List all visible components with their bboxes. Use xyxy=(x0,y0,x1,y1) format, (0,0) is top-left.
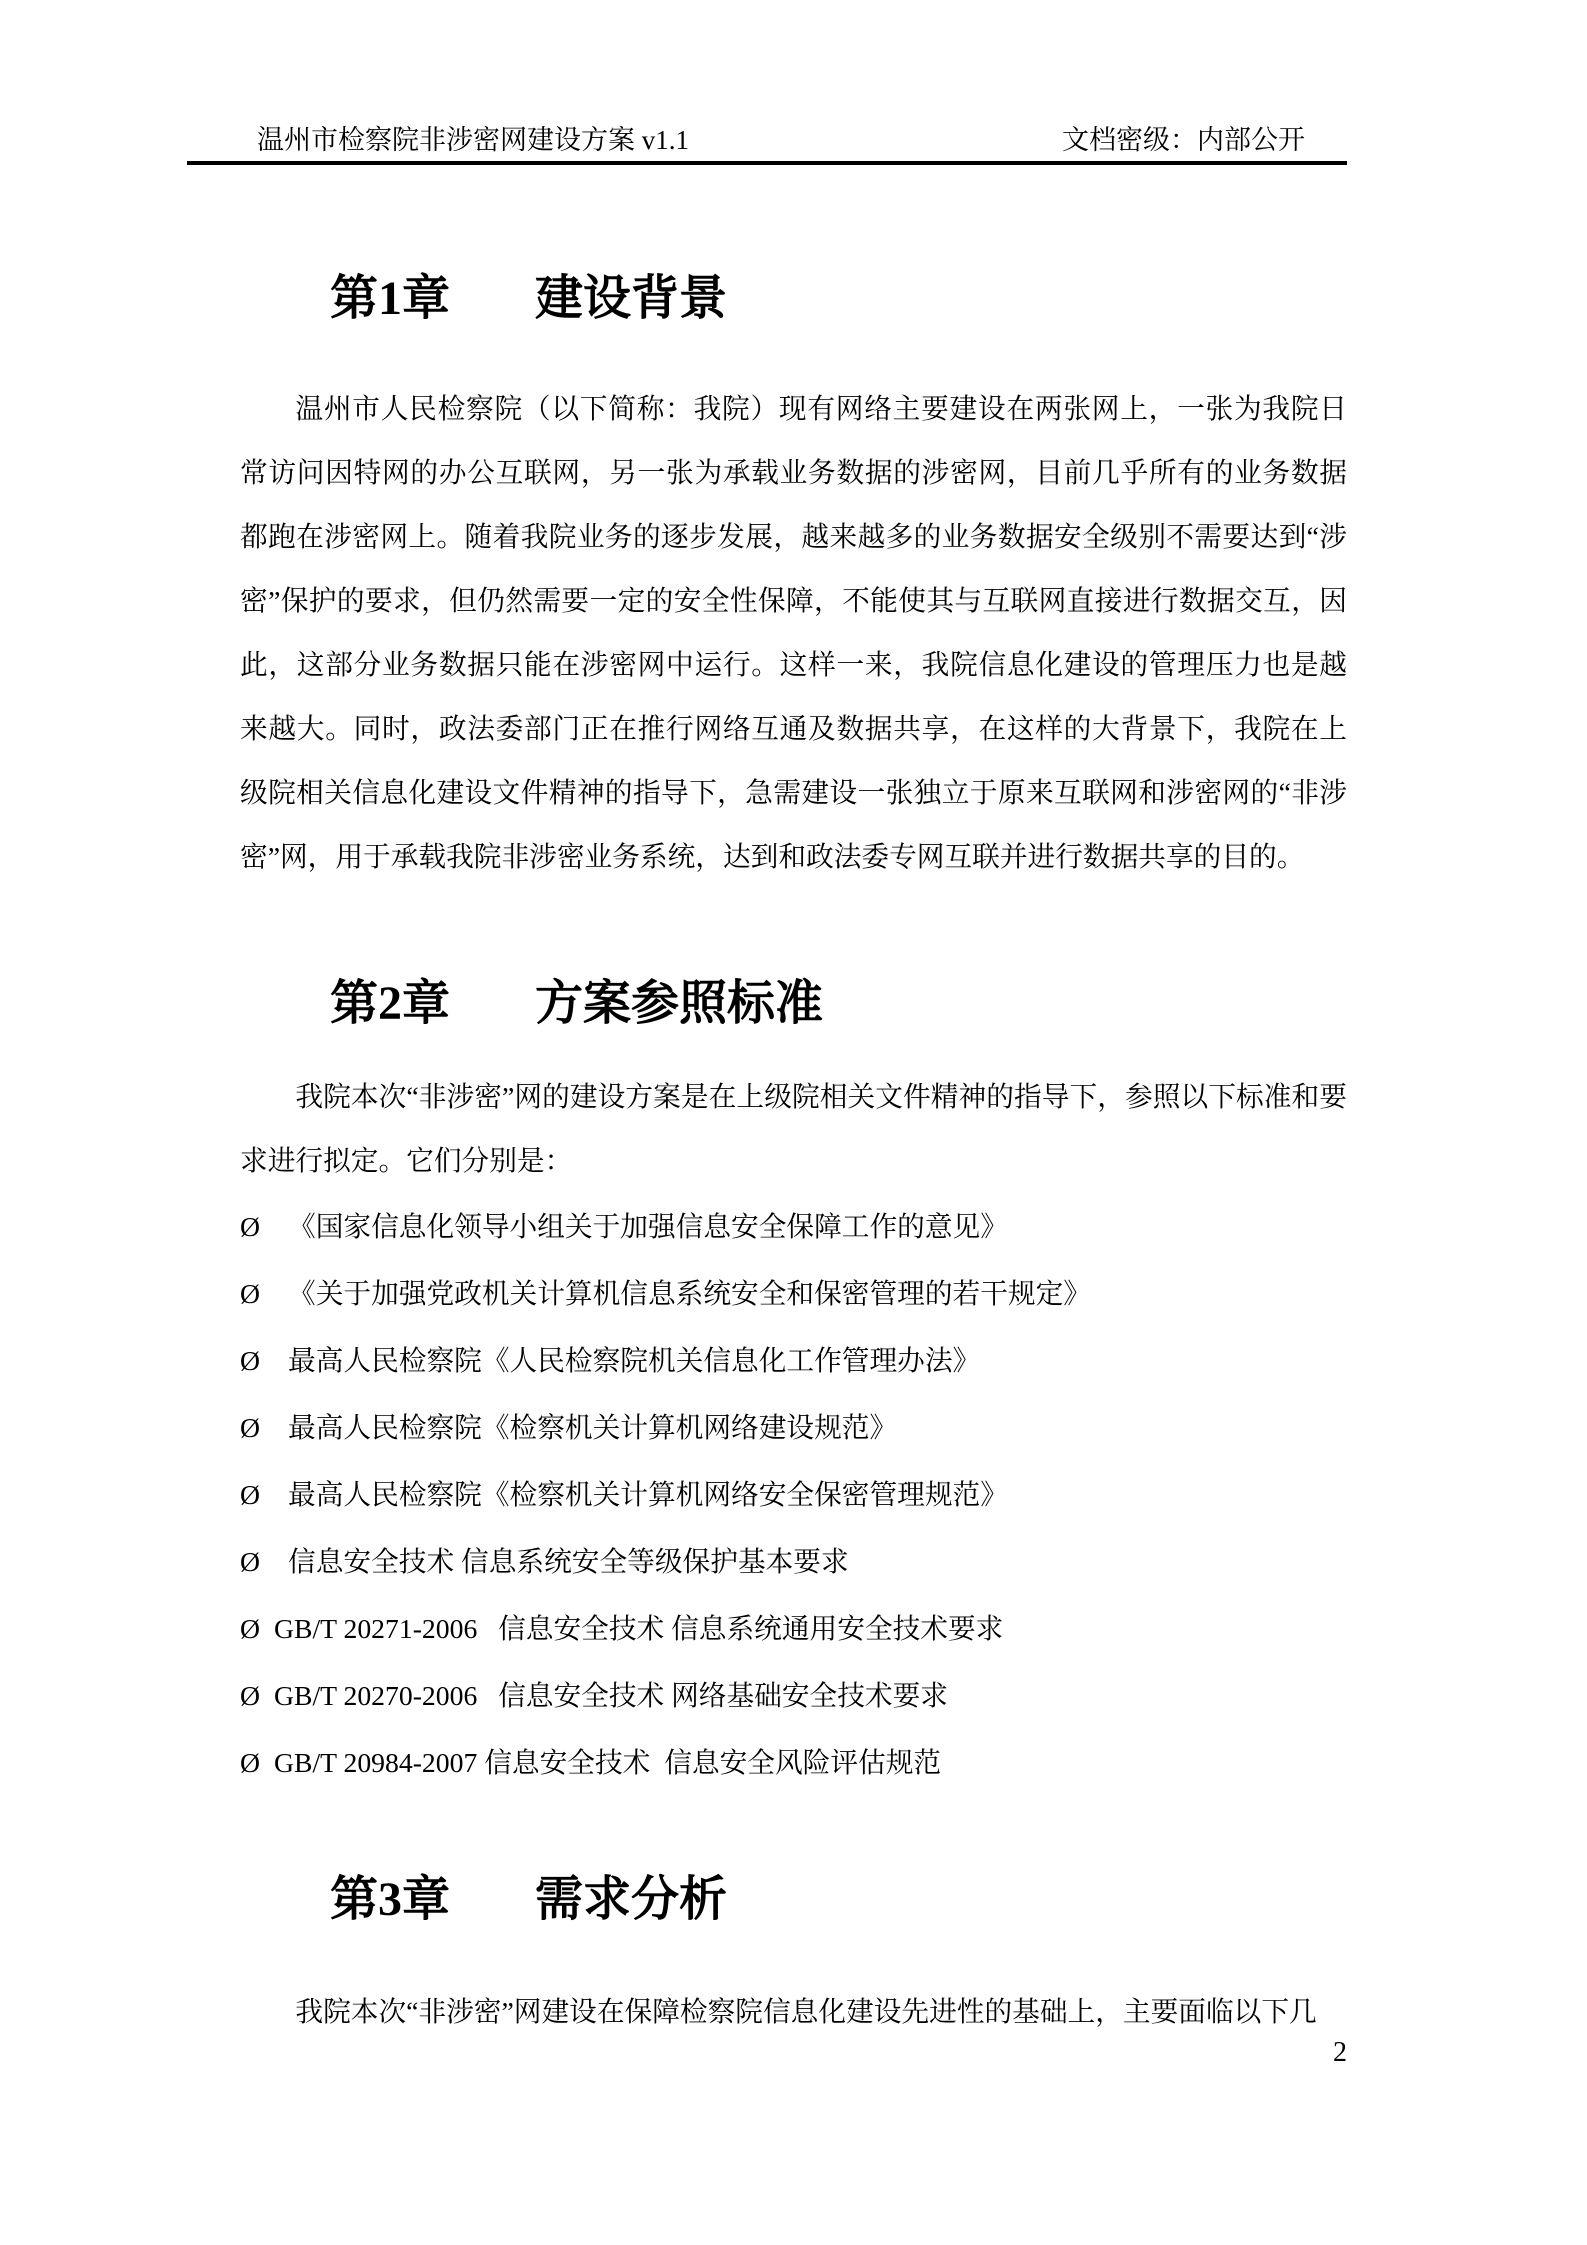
bullet-icon: Ø xyxy=(240,1662,274,1729)
chapter-3-number: 第3章 xyxy=(330,1873,450,1926)
paragraph-requirements-intro: 我院本次“非涉密”网建设在保障检察院信息化建设先进性的基础上，主要面临以下几 xyxy=(240,1980,1347,2044)
bullet-icon: Ø xyxy=(240,1729,274,1796)
bullet-icon: Ø xyxy=(240,1327,288,1394)
bullet-icon: Ø xyxy=(240,1394,288,1461)
list-item: ØGB/T 20271-2006 信息安全技术 信息系统通用安全技术要求 xyxy=(240,1595,1347,1662)
list-item-text: 最高人民检察院《人民检察院机关信息化工作管理办法》 xyxy=(288,1345,980,1376)
document-page: 温州市检察院非涉密网建设方案 v1.1 文档密级：内部公开 第1章建设背景 温州… xyxy=(0,0,1587,2245)
chapter-1-number: 第1章 xyxy=(330,272,450,325)
list-item: ØGB/T 20984-2007 信息安全技术 信息安全风险评估规范 xyxy=(240,1729,1347,1796)
page-number: 2 xyxy=(240,2036,1347,2070)
list-item-text: GB/T 20271-2006 信息安全技术 信息系统通用安全技术要求 xyxy=(274,1613,1003,1644)
list-item: Ø《国家信息化领导小组关于加强信息安全保障工作的意见》 xyxy=(240,1193,1347,1260)
list-item-text: GB/T 20270-2006 信息安全技术 网络基础安全技术要求 xyxy=(274,1680,948,1711)
bullet-icon: Ø xyxy=(240,1193,288,1260)
bullet-icon: Ø xyxy=(240,1461,288,1528)
chapter-3-title: 需求分析 xyxy=(535,1873,727,1926)
chapter-1-title: 建设背景 xyxy=(535,272,727,325)
chapter-1-heading: 第1章建设背景 xyxy=(240,270,1347,328)
chapter-2-heading: 第2章方案参照标准 xyxy=(240,975,1347,1033)
list-item-text: 《关于加强党政机关计算机信息系统安全和保密管理的若干规定》 xyxy=(288,1278,1091,1309)
list-item: Ø最高人民检察院《检察机关计算机网络建设规范》 xyxy=(240,1394,1347,1461)
chapter-2-number: 第2章 xyxy=(330,977,450,1030)
bullet-icon: Ø xyxy=(240,1528,288,1595)
list-item-text: 最高人民检察院《检察机关计算机网络建设规范》 xyxy=(288,1412,897,1443)
bullet-icon: Ø xyxy=(240,1595,274,1662)
list-item-text: 最高人民检察院《检察机关计算机网络安全保密管理规范》 xyxy=(288,1479,1008,1510)
list-item: ØGB/T 20270-2006 信息安全技术 网络基础安全技术要求 xyxy=(240,1662,1347,1729)
bullet-icon: Ø xyxy=(240,1260,288,1327)
paragraph-standards-intro: 我院本次“非涉密”网的建设方案是在上级院相关文件精神的指导下，参照以下标准和要求… xyxy=(240,1065,1347,1193)
list-item: Ø最高人民检察院《检察机关计算机网络安全保密管理规范》 xyxy=(240,1461,1347,1528)
document-content: 第1章建设背景 温州市人民检察院（以下简称：我院）现有网络主要建设在两张网上，一… xyxy=(240,0,1347,2245)
list-item-text: 信息安全技术 信息系统安全等级保护基本要求 xyxy=(288,1546,849,1577)
list-item: Ø信息安全技术 信息系统安全等级保护基本要求 xyxy=(240,1528,1347,1595)
standards-list: Ø《国家信息化领导小组关于加强信息安全保障工作的意见》 Ø《关于加强党政机关计算… xyxy=(240,1193,1347,1796)
chapter-3-heading: 第3章需求分析 xyxy=(240,1871,1347,1929)
list-item: Ø《关于加强党政机关计算机信息系统安全和保密管理的若干规定》 xyxy=(240,1260,1347,1327)
list-item-text: GB/T 20984-2007 信息安全技术 信息安全风险评估规范 xyxy=(274,1747,941,1778)
list-item-text: 《国家信息化领导小组关于加强信息安全保障工作的意见》 xyxy=(288,1211,1008,1242)
chapter-2-title: 方案参照标准 xyxy=(535,977,823,1030)
list-item: Ø最高人民检察院《人民检察院机关信息化工作管理办法》 xyxy=(240,1327,1347,1394)
paragraph-background: 温州市人民检察院（以下简称：我院）现有网络主要建设在两张网上，一张为我院日常访问… xyxy=(240,377,1347,889)
